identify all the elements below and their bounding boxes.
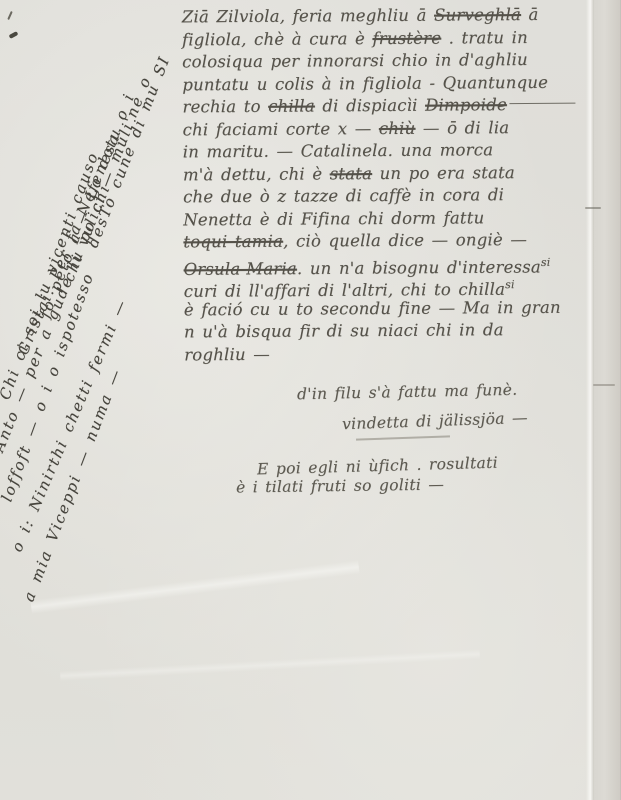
fold-tick-mark (585, 207, 601, 209)
manuscript-page: desTo cune di mu SI chi vulici — muli'ne… (0, 0, 621, 800)
manuscript-line: chi faciami corte x — chiù — ō di lia (183, 116, 577, 141)
struck-word: stata (330, 164, 373, 183)
proverb-line: è i tilati fruti so goliti — (236, 476, 444, 497)
handwriting-segment: rechia to (182, 97, 268, 117)
manuscript-line: toqui tamia, ciò quella dice — ongiè — (183, 229, 577, 254)
manuscript-line: in maritu. — Catalinela. una morca (183, 139, 577, 164)
handwriting-segment: n u'à bisqua fir di su niaci chi in da (184, 320, 504, 341)
handwriting-segment: m'à dettu, chi è (183, 164, 330, 184)
manuscript-line: che due ò z tazze di caffè in cora di (183, 184, 577, 209)
struck-word: toqui tamia (183, 232, 283, 252)
struck-word: chilla (268, 96, 315, 115)
manuscript-line: colosiqua per innorarsi chio in d'aghliu (182, 49, 576, 74)
page-fold-line (586, 0, 594, 800)
handwriting-segment: in maritu. — Catalinela. una morca (183, 140, 494, 161)
handwriting-segment: figliola, chè à cura è (182, 29, 373, 49)
struck-word: chiù (379, 118, 416, 137)
handwriting-segment: . tratu in (441, 27, 528, 47)
proverb-line: vindetta di jälissjöa — (342, 409, 528, 433)
handwriting-segment: ā (521, 5, 539, 24)
struck-word: Surveghlā (434, 5, 521, 25)
page-edge-strip (594, 0, 621, 800)
paper-crease (60, 649, 480, 681)
proverb-line: E poi egli ni ùfich . rosultati (257, 454, 498, 479)
manuscript-line: n u'à bisqua fir di su niaci chi in da (184, 319, 578, 344)
handwriting-segment: , ciò quella dice — ongiè — (283, 230, 527, 251)
handwriting-segment: puntatu u colis à in figliola - Quantunq… (182, 72, 548, 94)
handwriting-segment: di dispiacìi (315, 96, 425, 116)
manuscript-line: Orsula-Maria. un n'a bisognu d'interessa… (183, 251, 577, 276)
superscript-correction: si (541, 255, 551, 268)
handwriting-segment: Ziā Zilviola, feria meghliu ā (182, 6, 434, 27)
manuscript-line: rechia to chilla di dispiacìi Dimpoide (182, 94, 576, 119)
paper-crease (30, 560, 359, 614)
manuscript-line: figliola, chè à cura è frustère . tratu … (182, 26, 576, 51)
manuscript-line: è fació cu u to secondu fine — Ma in gra… (184, 296, 578, 321)
manuscript-line: puntatu u colis à in figliola - Quantunq… (182, 71, 576, 96)
handwriting-segment: colosiqua per innorarsi chio in d'aghliu (182, 50, 528, 71)
stray-pen-mark (9, 31, 19, 39)
fold-tick-mark (593, 384, 615, 386)
manuscript-line: curi di ll'affari di l'altri, chi to chi… (184, 274, 578, 299)
handwriting-segment: — ō di lia (415, 118, 509, 138)
manuscript-line: roghliu — (184, 341, 578, 366)
manuscript-line: Ziā Zilviola, feria meghliu ā Surveghlā … (182, 4, 576, 29)
main-text-block: Ziā Zilviola, feria meghliu ā Surveghlā … (182, 4, 578, 367)
manuscript-line: Nenetta è di Fifina chi dorm fattu (183, 206, 577, 231)
handwriting-segment: un po era stata (372, 163, 515, 183)
handwriting-segment: Nenetta è di Fifina chi dorm fattu (183, 208, 484, 229)
handwriting-segment: chi faciami corte x — (183, 119, 379, 139)
handwriting-segment: è fació cu u to secondu fine — Ma in gra… (184, 297, 561, 319)
superscript-correction: si (505, 278, 515, 291)
underline-stroke (356, 435, 450, 440)
handwriting-segment: che due ò z tazze di caffè in cora di (183, 185, 504, 206)
manuscript-line: m'à dettu, chi è stata un po era stata (183, 161, 577, 186)
struck-word: Dimpoide (425, 95, 507, 115)
handwriting-segment: roghliu — (184, 344, 270, 364)
proverb-line: d'in filu s'à fattu ma funè. (297, 381, 518, 404)
struck-word: frustère (372, 28, 441, 47)
strikethrough-extension (510, 103, 576, 104)
stray-pen-mark (7, 11, 12, 20)
